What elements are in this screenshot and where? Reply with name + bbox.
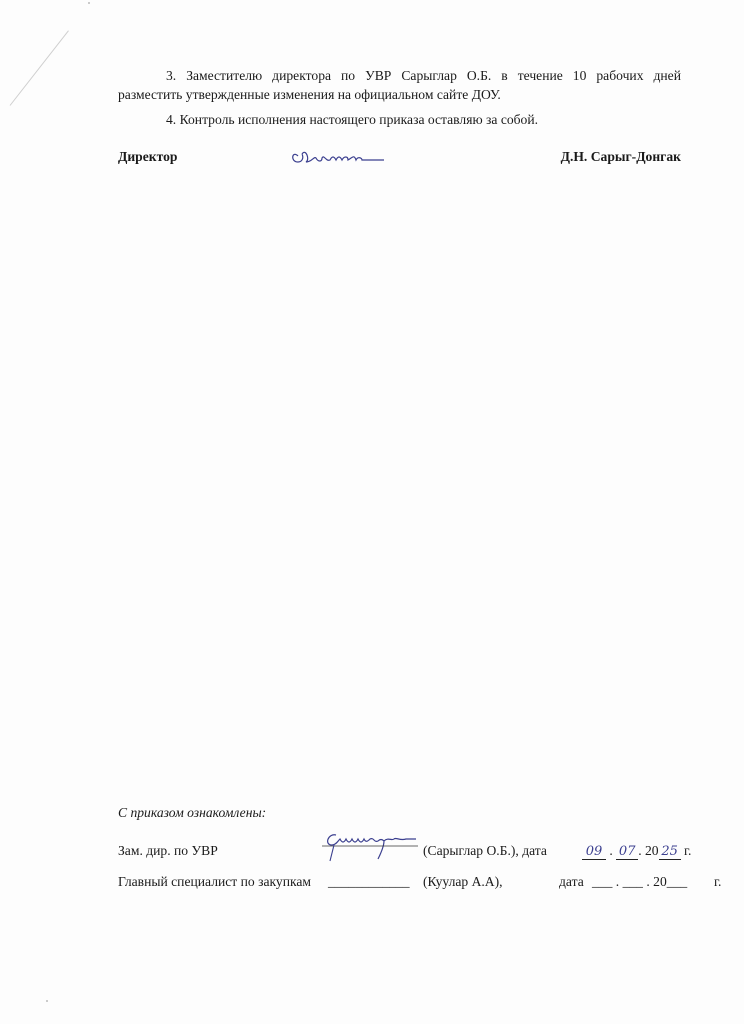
acknowledgement-title: С приказом ознакомлены: [118, 805, 266, 821]
date-blank[interactable]: ___ . ___ . 20___ [592, 874, 687, 890]
scan-artifact-dot [46, 1000, 48, 1002]
ack-position: Главный специалист по закупкам [118, 874, 311, 890]
item-number: 3. [166, 68, 176, 83]
scan-artifact-line [10, 30, 69, 105]
date-year-suffix: 25 [659, 845, 681, 860]
director-name: Д.Н. Сарыг-Донгак [561, 149, 681, 165]
signature-blank[interactable]: ____________ [328, 874, 410, 890]
date-suffix: г. [684, 843, 691, 858]
date-year-prefix: 20 [645, 843, 659, 858]
item-3-line-1: 3. Заместителю директора по УВР Сарыглар… [118, 66, 681, 85]
date-day: 09 [582, 845, 606, 860]
item-3-line-2: разместить утвержденные изменения на офи… [118, 85, 681, 104]
ack-person: (Куулар А.А), [423, 874, 503, 890]
deputy-signature [322, 829, 422, 863]
item-text: Заместителю директора по УВР Сарыглар О.… [186, 68, 681, 83]
ack-row-deputy: Зам. дир. по УВР (Сарыглар О.Б.), дата 0… [118, 843, 683, 863]
director-signature-row: Директор Д.Н. Сарыг-Донгак [118, 146, 681, 170]
director-signature [288, 144, 388, 170]
item-number: 4. [166, 112, 176, 127]
ack-row-procurement: Главный специалист по закупкам _________… [118, 874, 683, 894]
ack-date: 09 . 07. 2025 г. [582, 843, 691, 860]
item-4: 4. Контроль исполнения настоящего приказ… [118, 110, 681, 129]
item-text: Контроль исполнения настоящего приказа о… [180, 112, 538, 127]
scan-artifact-dot [88, 2, 90, 4]
scanned-page: 3. Заместителю директора по УВР Сарыглар… [0, 0, 744, 1024]
date-label: дата [559, 874, 584, 890]
date-suffix: г. [714, 874, 721, 890]
date-month: 07 [616, 845, 638, 860]
director-role: Директор [118, 149, 177, 165]
ack-person: (Сарыглар О.Б.), дата [423, 843, 547, 859]
item-3: 3. Заместителю директора по УВР Сарыглар… [118, 66, 681, 104]
ack-position: Зам. дир. по УВР [118, 843, 218, 859]
